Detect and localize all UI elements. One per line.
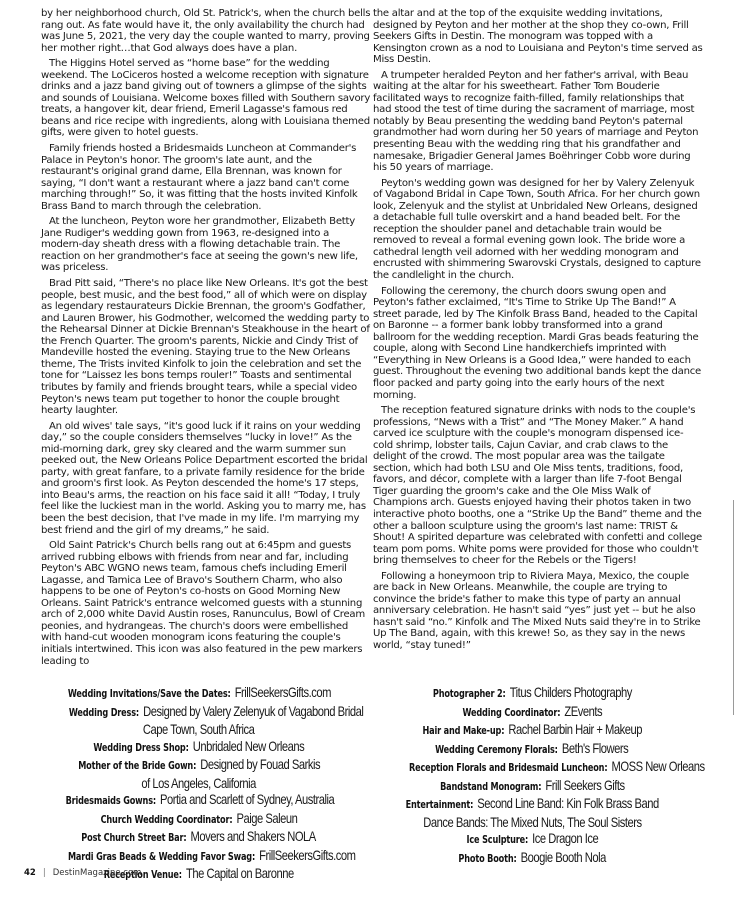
credit-ceremony-florals: Wedding Ceremony Florals: Beth's Flowers	[372, 740, 692, 759]
article-paragraph: Following a honeymoon trip to Riviera Ma…	[373, 571, 703, 652]
credit-value: Titus Childers Photography	[509, 684, 631, 700]
article-paragraph: A trumpeter heralded Peyton and her fath…	[373, 70, 703, 174]
credit-ice-sculpture: Ice Sculpture: Ice Dragon Ice	[372, 830, 692, 849]
credit-value: Designed by Valery Zelenyuk of Vagabond …	[143, 703, 363, 719]
magazine-page: by her neighborhood church, Old St. Patr…	[0, 0, 735, 900]
credit-value: Portia and Scarlett of Sydney, Australia	[160, 791, 334, 807]
article-paragraph: An old wives' tale says, “it's good luck…	[41, 421, 371, 536]
credit-value: Frill Seekers Gifts	[545, 777, 624, 793]
credit-hair-makeup: Hair and Make-up: Rachel Barbin Hair + M…	[372, 721, 692, 740]
credit-value: Ice Dragon Ice	[532, 830, 598, 846]
credit-value: ZEvents	[564, 703, 602, 719]
credit-value: Boogie Booth Nola	[520, 849, 605, 865]
vendor-credits-right: Photographer 2: Titus Childers Photograp…	[372, 684, 692, 867]
footer-site-name: DestinMagazine.com	[53, 868, 142, 878]
article-paragraph: Family friends hosted a Bridesmaids Lunc…	[41, 143, 371, 212]
credit-value: FrillSeekersGifts.com	[234, 684, 330, 700]
credit-wedding-dress: Wedding Dress: Designed by Valery Zeleny…	[32, 703, 366, 738]
article-column-left: by her neighborhood church, Old St. Patr…	[41, 8, 371, 671]
page-edge-divider	[733, 500, 734, 715]
article-column-right: the altar and at the top of the exquisit…	[373, 8, 703, 656]
footer-separator: |	[43, 868, 46, 878]
article-paragraph: Following the ceremony, the church doors…	[373, 286, 703, 401]
credit-value: Movers and Shakers NOLA	[191, 828, 316, 844]
article-paragraph: The Higgins Hotel served as “home base” …	[41, 58, 371, 139]
credit-church-coordinator: Church Wedding Coordinator: Paige Saleun	[32, 810, 366, 829]
credit-value: Rachel Barbin Hair + Makeup	[508, 721, 642, 737]
article-paragraph: Old Saint Patrick's Church bells rang ou…	[41, 540, 371, 667]
article-paragraph: The reception featured signature drinks …	[373, 405, 703, 567]
credit-value-line2: Cape Town, South Africa	[143, 721, 254, 737]
page-footer: 42|DestinMagazine.com	[24, 868, 141, 878]
credit-street-bar: Post Church Street Bar: Movers and Shake…	[32, 828, 366, 847]
credit-bridesmaids-gowns: Bridesmaids Gowns: Portia and Scarlett o…	[32, 791, 366, 810]
credit-value: MOSS New Orleans	[611, 758, 704, 774]
credit-bandstand-monogram: Bandstand Monogram: Frill Seekers Gifts	[372, 777, 692, 796]
vendor-credits-left: Wedding Invitations/Save the Dates: Fril…	[32, 684, 366, 884]
credit-value: Paige Saleun	[237, 810, 298, 826]
article-paragraph: At the luncheon, Peyton wore her grandmo…	[41, 216, 371, 274]
credit-entertainment: Entertainment: Second Line Band: Kin Fol…	[372, 795, 692, 830]
article-paragraph: Brad Pitt said, “There's no place like N…	[41, 278, 371, 417]
page-number: 42	[24, 868, 36, 878]
credit-value: The Capital on Baronne	[186, 865, 294, 881]
article-paragraph: by her neighborhood church, Old St. Patr…	[41, 8, 371, 54]
credit-photographer: Photographer 2: Titus Childers Photograp…	[372, 684, 692, 703]
credit-invitations: Wedding Invitations/Save the Dates: Fril…	[32, 684, 366, 703]
credit-photo-booth: Photo Booth: Boogie Booth Nola	[372, 849, 692, 868]
article-paragraph: the altar and at the top of the exquisit…	[373, 8, 703, 66]
credit-beads-swag: Mardi Gras Beads & Wedding Favor Swag: F…	[32, 847, 366, 866]
credit-reception-florals: Reception Florals and Bridesmaid Luncheo…	[372, 758, 692, 777]
credit-wedding-coordinator: Wedding Coordinator: ZEvents	[372, 703, 692, 722]
credit-value: Designed by Fouad Sarkis	[200, 756, 320, 772]
credit-value: Beth's Flowers	[562, 740, 628, 756]
article-paragraph: Peyton's wedding gown was designed for h…	[373, 178, 703, 282]
credit-value: Second Line Band: Kin Folk Brass Band	[477, 795, 658, 811]
credit-value: FrillSeekersGifts.com	[259, 847, 355, 863]
credit-value: Unbridaled New Orleans	[193, 738, 304, 754]
credit-mother-gown: Mother of the Bride Gown: Designed by Fo…	[32, 756, 366, 791]
